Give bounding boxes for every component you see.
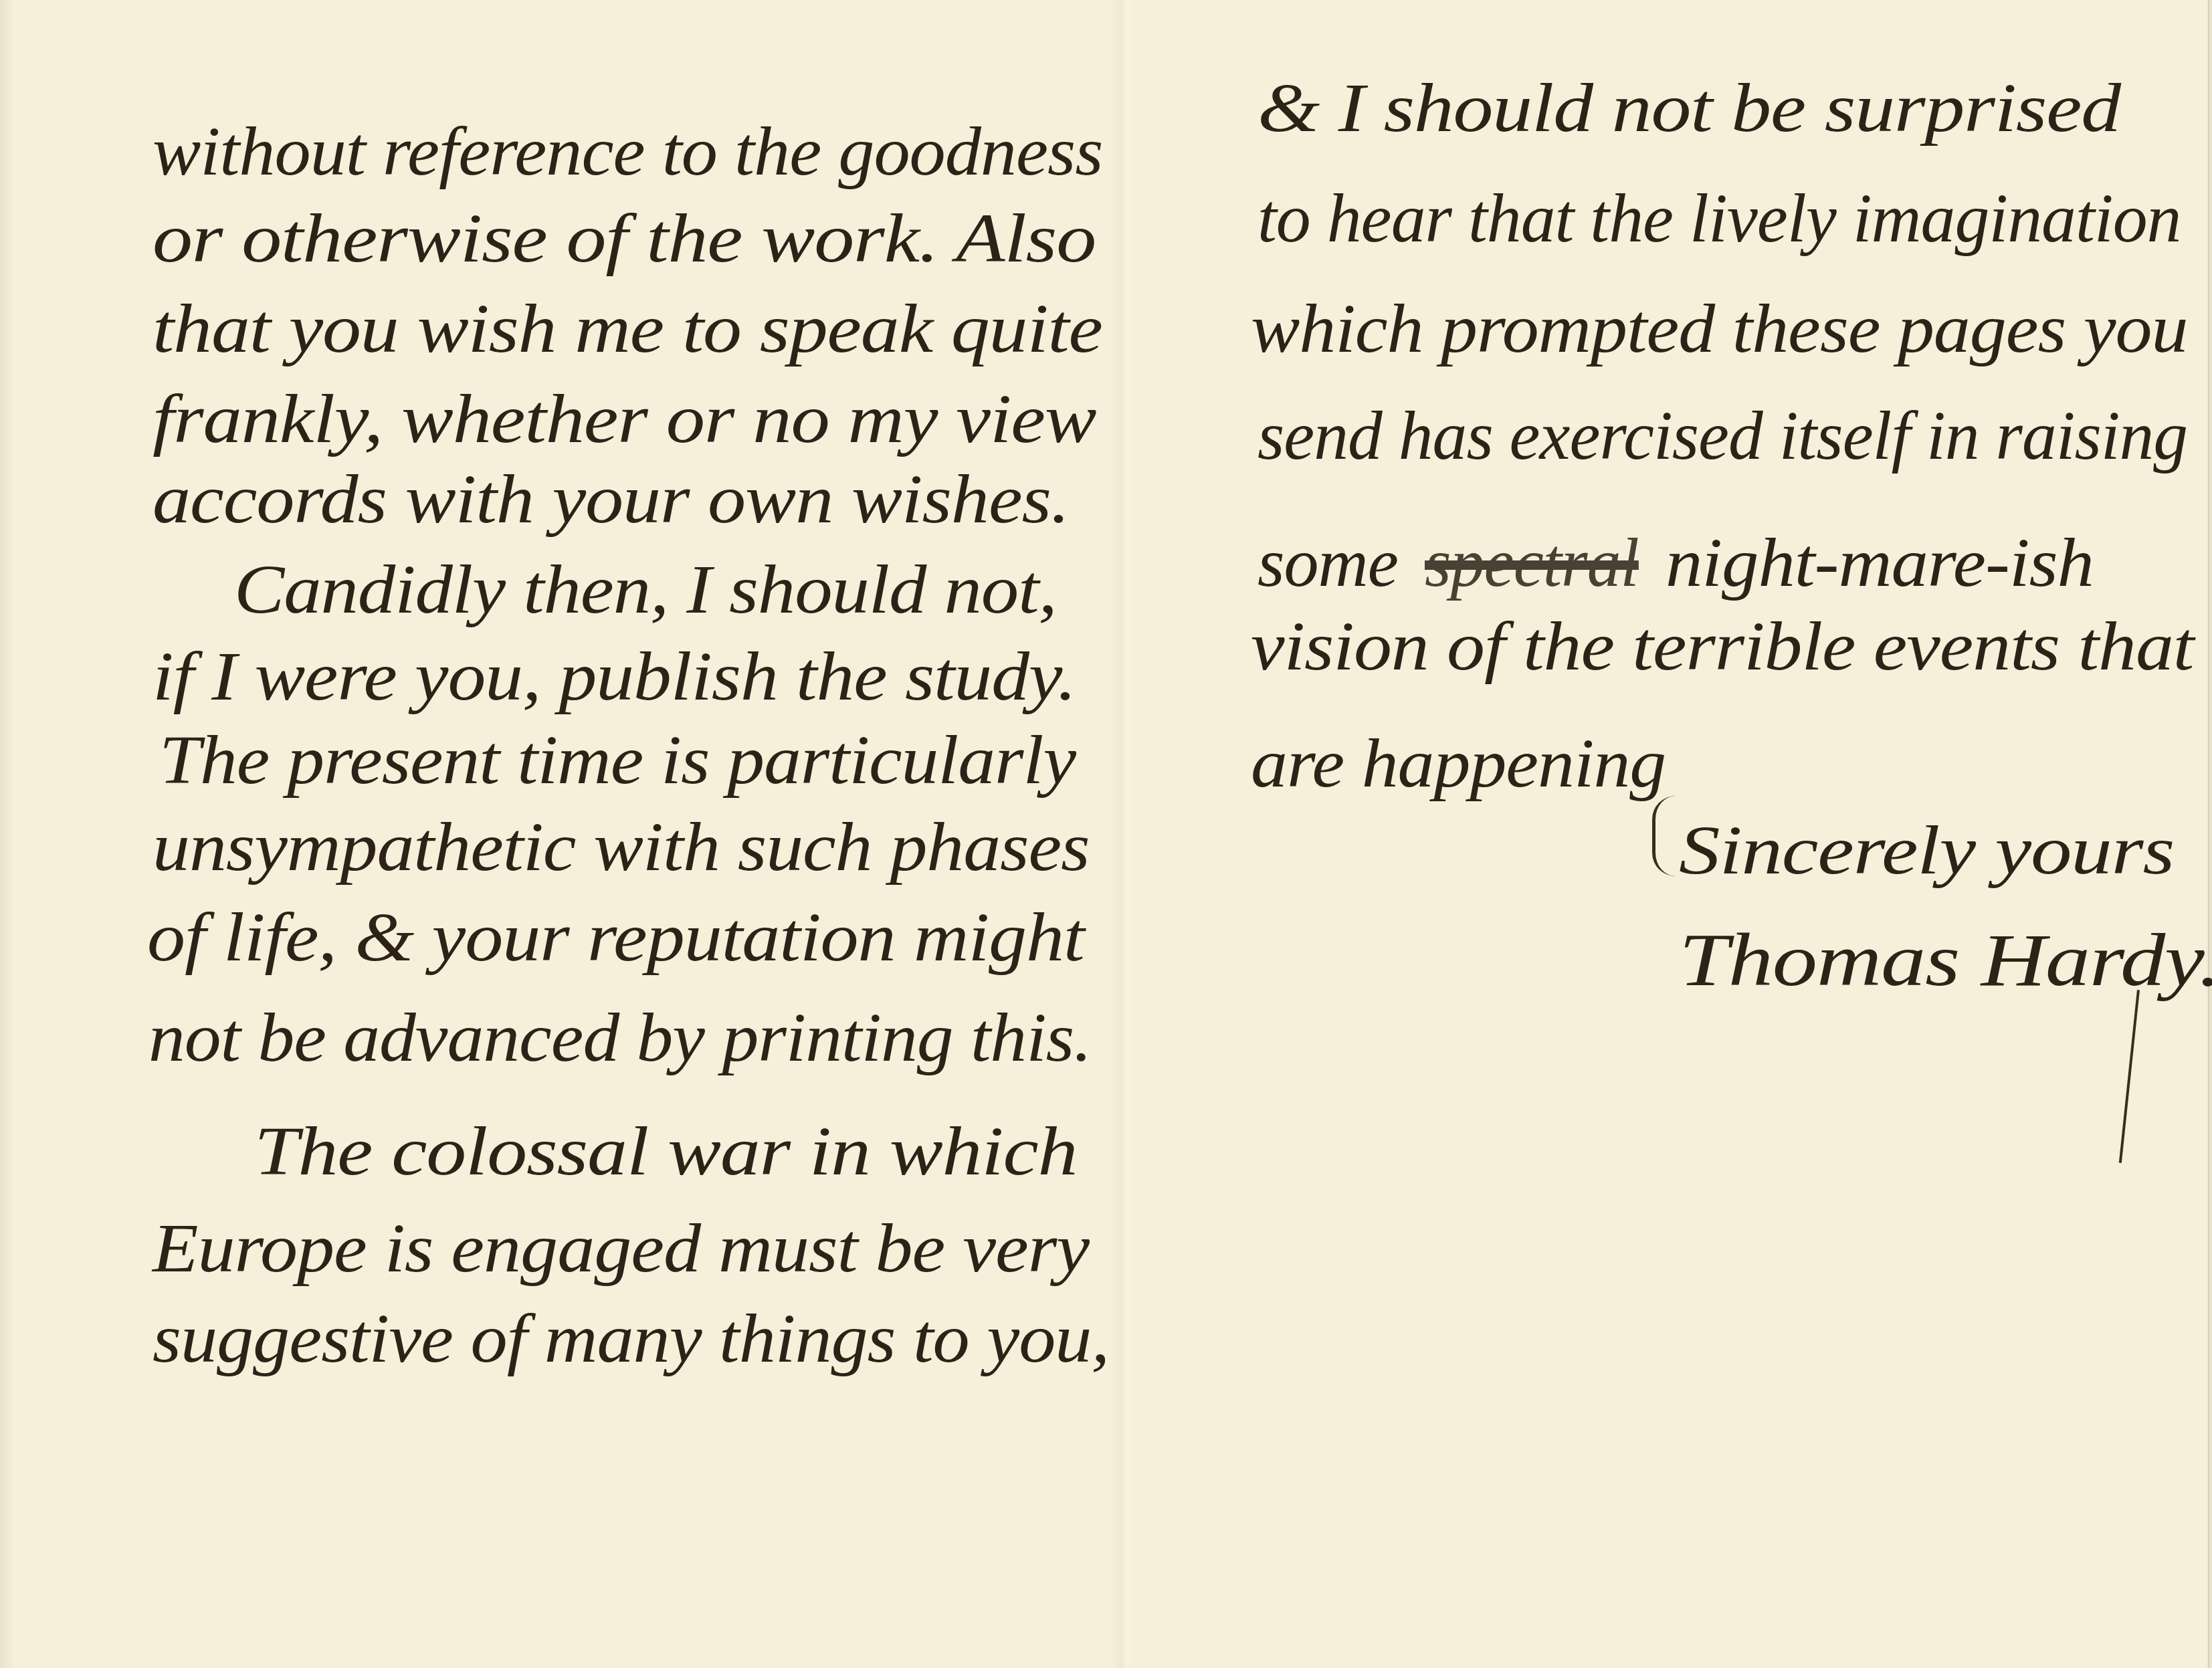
right-paper-edge bbox=[2208, 0, 2209, 1668]
right-line-3: which prompted these pages you bbox=[1251, 294, 2187, 364]
left-line-5: accords with your own wishes. bbox=[153, 465, 1069, 534]
left-line-14: suggestive of many things to you, bbox=[153, 1304, 1109, 1374]
closing-salutation: Sincerely yours bbox=[1679, 816, 2174, 885]
left-line-3: that you wish me to speak quite bbox=[153, 294, 1102, 364]
right-line-1: & I should not be surprised bbox=[1258, 74, 2120, 143]
left-line-12: The colossal war in which bbox=[254, 1117, 1077, 1186]
right-line-6: vision of the terrible events that bbox=[1251, 612, 2193, 682]
letter-spread: without reference to the goodness or oth… bbox=[0, 0, 2212, 1668]
signature: Thomas Hardy. bbox=[1679, 923, 2212, 998]
left-line-6: Candidly then, I should not, bbox=[234, 555, 1057, 625]
left-line-13: Europe is engaged must be very bbox=[153, 1214, 1089, 1283]
left-line-4: frankly, whether or no my view bbox=[153, 385, 1096, 454]
center-fold bbox=[1122, 0, 1125, 1668]
right-line-4: send has exercised itself in raising bbox=[1258, 401, 2187, 471]
left-line-1: without reference to the goodness bbox=[153, 117, 1102, 187]
left-line-10: of life, & your reputation might bbox=[147, 903, 1084, 972]
left-line-9: unsympathetic with such phases bbox=[153, 813, 1090, 882]
struck-out-word: spectral bbox=[1425, 528, 1639, 598]
right-line-7: are happening bbox=[1251, 729, 1666, 799]
right-line-5-some: some bbox=[1258, 528, 1398, 598]
left-line-7: if I were you, publish the study. bbox=[153, 642, 1076, 712]
left-line-11: not be advanced by printing this. bbox=[148, 1003, 1092, 1073]
left-line-8: The present time is particularly bbox=[159, 726, 1076, 795]
closing-flourish bbox=[1652, 796, 1676, 876]
right-line-2: to hear that the lively imagination bbox=[1258, 184, 2181, 253]
left-line-2: or otherwise of the work. Also bbox=[153, 204, 1096, 274]
right-line-5-rest: night-mare-ish bbox=[1666, 528, 2094, 598]
